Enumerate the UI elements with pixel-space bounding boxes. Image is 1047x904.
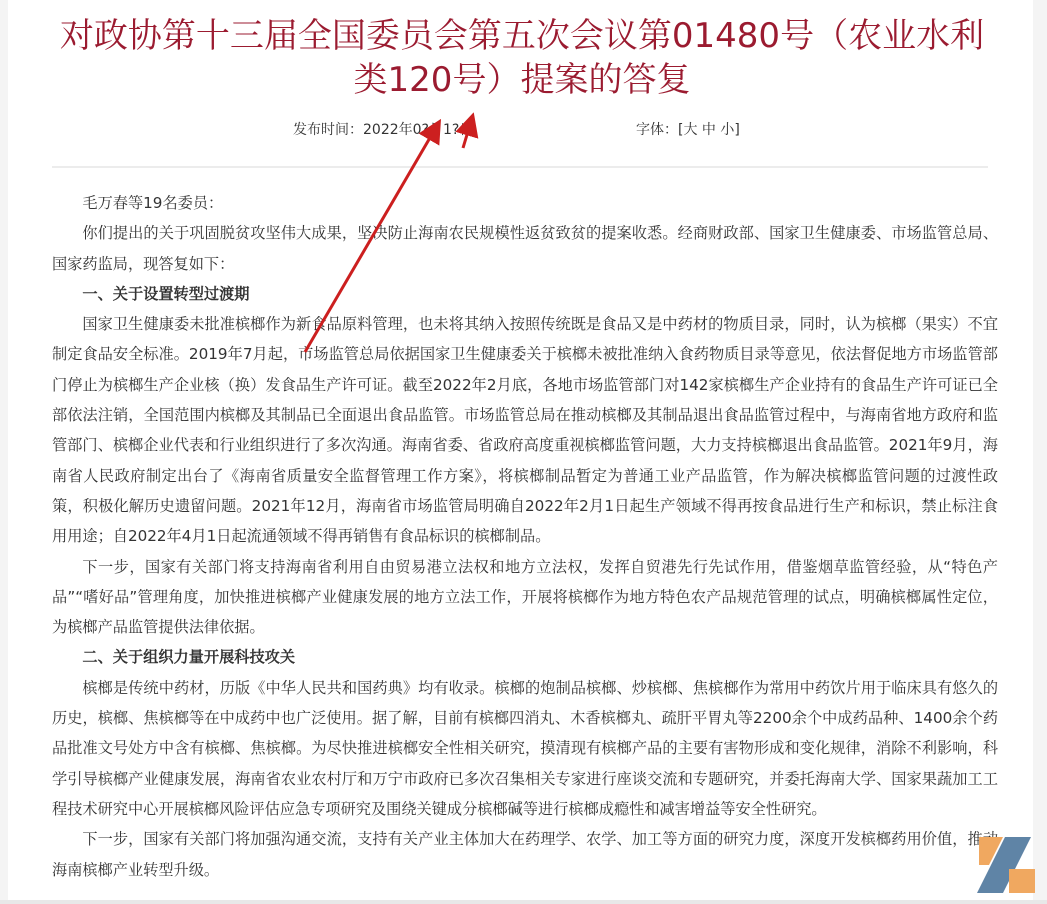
article-title: 对政协第十三届全国委员会第五次会议第01480号（农业水利类120号）提案的答复 <box>48 14 996 102</box>
section-heading: 一、关于设置转型过渡期 <box>52 279 998 309</box>
font-close-bracket: ] <box>734 122 739 138</box>
font-size-large[interactable]: 大 <box>683 122 697 138</box>
publish-date-value: 2022年0?月1?日 <box>363 122 473 138</box>
paragraph: 下一步，国家有关部门将支持海南省利用自由贸易港立法权和地方立法权，发挥自贸港先行… <box>52 552 998 643</box>
font-size-selector: 字体：[大 中 小] <box>636 120 740 140</box>
z-logo-icon <box>973 835 1039 897</box>
font-label: 字体：[ <box>636 122 683 138</box>
article-body: 毛万春等19名委员： 你们提出的关于巩固脱贫攻坚伟大成果，坚决防止海南农民规模性… <box>52 188 998 885</box>
section-heading: 二、关于组织力量开展科技攻关 <box>52 642 998 672</box>
font-size-medium[interactable]: 中 <box>702 122 716 138</box>
paragraph: 国家卫生健康委未批准槟榔作为新食品原料管理，也未将其纳入按照传统既是食品又是中药… <box>52 309 998 551</box>
salutation: 毛万春等19名委员： <box>52 188 998 218</box>
divider <box>52 166 988 168</box>
paragraph: 你们提出的关于巩固脱贫攻坚伟大成果，坚决防止海南农民规模性返贫致贫的提案收悉。经… <box>52 218 998 279</box>
publish-label: 发布时间： <box>293 122 363 138</box>
paragraph: 槟榔是传统中药材，历版《中华人民共和国药典》均有收录。槟榔的炮制品槟榔、炒槟榔、… <box>52 673 998 824</box>
bottom-edge <box>0 900 1047 904</box>
paragraph: 下一步，国家有关部门将加强沟通交流，支持有关产业主体加大在药理学、农学、加工等方… <box>52 824 998 885</box>
publish-date: 发布时间：2022年0?月1?日 <box>293 120 473 140</box>
font-size-small[interactable]: 小 <box>720 122 734 138</box>
article-page: 对政协第十三届全国委员会第五次会议第01480号（农业水利类120号）提案的答复… <box>8 0 1033 904</box>
